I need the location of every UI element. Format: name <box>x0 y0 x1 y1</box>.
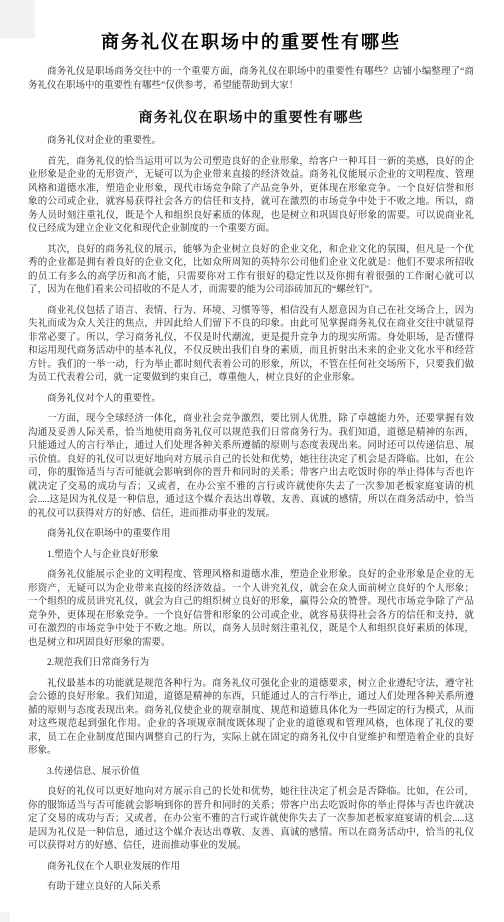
paragraph-role-1-detail: 商务礼仪能展示企业的文明程度、管理风格和道德水准，塑造企业形象。良好的企业形象是… <box>28 569 474 650</box>
subheading-personal-importance: 商务礼仪对个人的重要性。 <box>28 393 474 407</box>
page-corner-artifact <box>0 0 35 38</box>
paragraph-first: 首先，商务礼仪的恰当运用可以为公司塑造良好的企业形象，给客户一种耳目一新的美感，… <box>28 156 474 237</box>
section-heading: 商务礼仪在职场中的重要性有哪些 <box>28 107 474 127</box>
document-page: 商务礼仪在职场中的重要性有哪些 商务礼仪是职场商务交往中的一个重要方面，商务礼仪… <box>0 0 504 922</box>
subheading-role-2: 2.规范我们日常商务行为 <box>28 657 474 671</box>
paragraph-personal-aspect: 一方面，现今全球经济一体化，商业社会竞争激烈，要比别人优胜，除了卓越能力外，还要… <box>28 413 474 521</box>
page-title: 商务礼仪在职场中的重要性有哪些 <box>28 28 474 54</box>
article-body: 商务礼仪对企业的重要性。 首先，商务礼仪的恰当运用可以为公司塑造良好的企业形象，… <box>28 135 474 895</box>
subheading-role-1: 1.塑造个人与企业良好形象 <box>28 549 474 563</box>
paragraph-role-2-detail: 礼仪最基本的功能就是规范各种行为。商务礼仪可强化企业的道德要求，树立企业遵纪守法… <box>28 678 474 759</box>
page-corner-artifact-bottom <box>0 912 10 922</box>
paragraph-role-3-detail: 良好的礼仪可以更好地向对方展示自己的长处和优势，她往往决定了机会是否降临。比如，… <box>28 786 474 854</box>
subheading-career-development: 商务礼仪在个人职业发展的作用 <box>28 861 474 875</box>
subheading-interpersonal: 有助于建立良好的人际关系 <box>28 881 474 895</box>
paragraph-second: 其次，良好的商务礼仪的展示，能够为企业树立良好的企业文化，和企业文化的氛围，但凡… <box>28 244 474 298</box>
paragraph-etiquette-scope: 商业礼仪包括了语言、表情、行为、环境、习惯等等，相信没有人愿意因为自己在社交场合… <box>28 305 474 386</box>
intro-paragraph: 商务礼仪是职场商务交往中的一个重要方面，商务礼仪在职场中的重要性有哪些？店铺小编… <box>28 66 474 93</box>
subheading-workplace-roles: 商务礼仪在职场中的重要作用 <box>28 528 474 542</box>
subheading-role-3: 3.传递信息、展示价值 <box>28 766 474 780</box>
subheading-enterprise-importance: 商务礼仪对企业的重要性。 <box>28 135 474 149</box>
